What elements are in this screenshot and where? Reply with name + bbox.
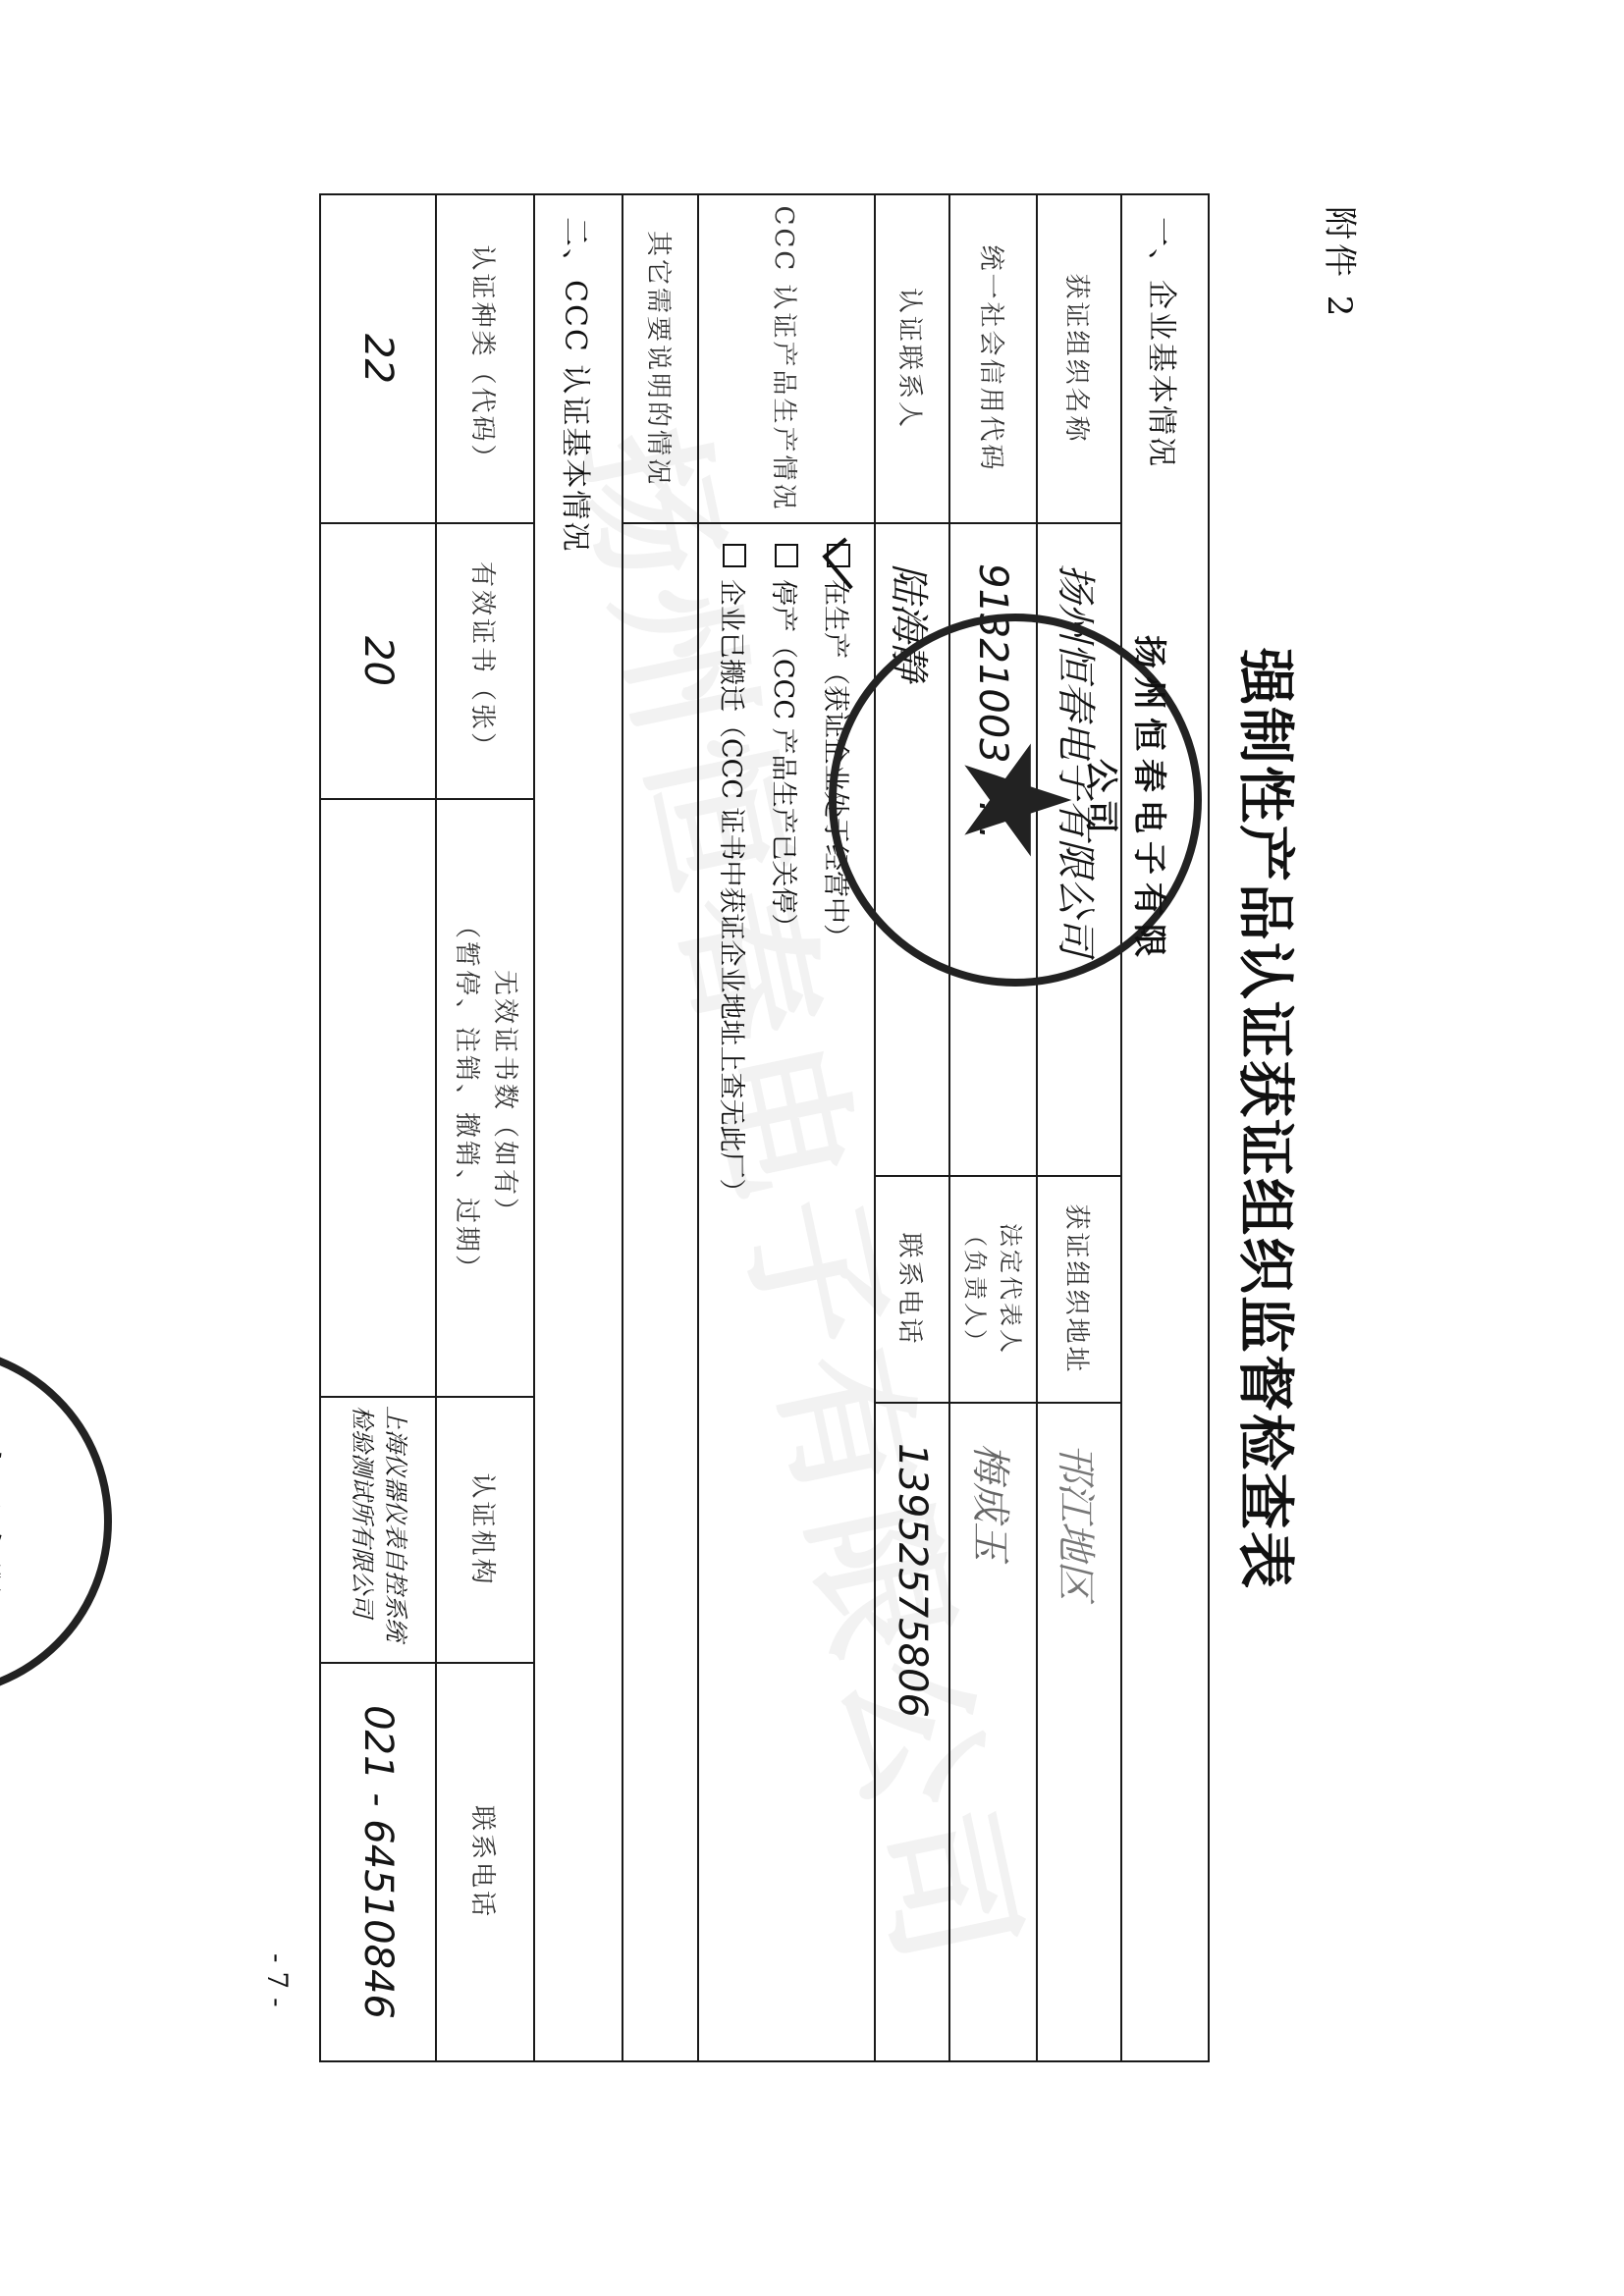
- star-icon: ★: [942, 734, 1089, 866]
- option-relocated[interactable]: 企业已搬迁（CCC 证书中获证企业地址上查无此厂）: [716, 544, 754, 1205]
- partial-seal: 电子有限: [0, 1345, 112, 1698]
- cert-type-value: 22: [319, 193, 437, 524]
- cert-body-value: 上海仪器仪表自控系统检验测试所有限公司: [319, 1396, 437, 1664]
- cert-type-header: 认证种类（代码）: [435, 193, 535, 524]
- option-suspended[interactable]: 停产（CCC 产品生产已关停）: [768, 544, 806, 940]
- credit-code-label: 统一社会信用代码: [948, 193, 1038, 524]
- legal-rep-label: 法定代表人 （负责人）: [948, 1175, 1038, 1404]
- other-value: [622, 522, 699, 2062]
- other-label: 其它需要说明的情况: [622, 193, 699, 524]
- cert-body-header: 认证机构: [435, 1396, 535, 1664]
- document-page: 扬州恒春电子有限公司 附件 2 强制性产品认证获证组织监督检查表 一、企业基本情…: [0, 0, 1624, 2296]
- cert-phone-value: 021 - 64510846: [319, 1662, 437, 2062]
- production-label: CCC 认证产品生产情况: [697, 193, 876, 524]
- valid-cert-value: 20: [319, 522, 437, 800]
- contact-label: 认证联系人: [874, 193, 950, 524]
- invalid-cert-header: 无效证书数（如有） （暂停、注销、撤销、过期）: [435, 798, 535, 1398]
- invalid-cert-value: [319, 798, 437, 1398]
- section1-heading: 一、企业基本情况: [1120, 193, 1210, 2062]
- valid-cert-header: 有效证书（张）: [435, 522, 535, 800]
- option-label: 企业已搬迁（CCC 证书中获证企业地址上查无此厂）: [716, 579, 754, 1205]
- org-name-label: 获证组织名称: [1036, 193, 1122, 524]
- checkbox-checked-icon[interactable]: [827, 544, 850, 567]
- seal-text: 电子有限: [0, 1353, 11, 1690]
- org-address-label: 获证组织地址: [1036, 1175, 1122, 1404]
- seal-text: 扬州恒春电子有限公司: [1080, 621, 1176, 979]
- legal-rep-label-sub: （负责人）: [958, 1223, 994, 1356]
- option-label: 停产（CCC 产品生产已关停）: [768, 579, 806, 940]
- phone-label: 联系电话: [874, 1175, 950, 1404]
- legal-rep-value: 梅成玉: [948, 1402, 1038, 2062]
- cert-phone-header: 联系电话: [435, 1662, 535, 2062]
- company-seal: 扬州恒春电子有限公司 ★: [829, 614, 1202, 987]
- invalid-cert-header-sub: （暂停、注销、撤销、过期）: [447, 913, 485, 1283]
- page-title: 强制性产品认证获证组织监督检查表: [1229, 589, 1312, 1649]
- checkbox-icon[interactable]: [723, 544, 746, 567]
- attachment-label: 附件 2: [1319, 206, 1367, 320]
- page-number: - 7 -: [261, 1953, 294, 2007]
- phone-value: 13952575806: [874, 1402, 950, 2062]
- checkbox-icon[interactable]: [775, 544, 798, 567]
- section2-heading: 二、CCC 认证基本情况: [533, 193, 623, 2062]
- org-address-value: 邗江地区: [1036, 1402, 1122, 2062]
- invalid-cert-header-main: 无效证书数（如有）: [485, 970, 523, 1226]
- legal-rep-label-main: 法定代表人: [994, 1223, 1029, 1356]
